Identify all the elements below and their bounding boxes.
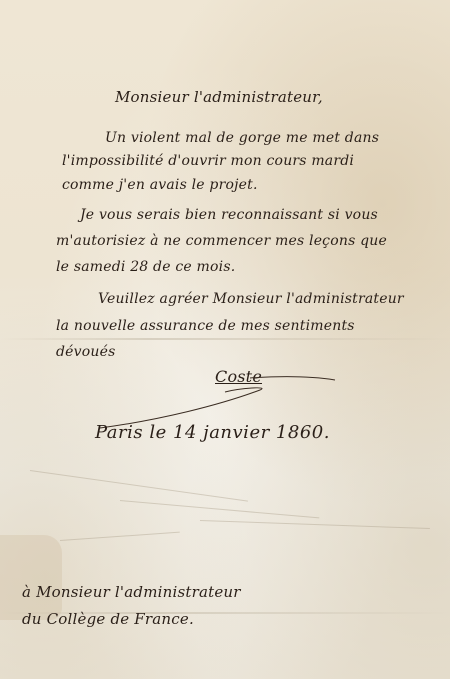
paper-crease bbox=[60, 532, 180, 541]
letter-dateline: Paris le 14 janvier 1860. bbox=[95, 422, 330, 443]
letter-salutation: Monsieur l'administrateur, bbox=[115, 88, 323, 106]
letter-body-line: la nouvelle assurance de mes sentiments bbox=[56, 318, 355, 334]
letter-body-line: comme j'en avais le projet. bbox=[62, 177, 258, 193]
letter-body-line: Veuillez agréer Monsieur l'administrateu… bbox=[98, 291, 404, 307]
letter-body-line: Je vous serais bien reconnaissant si vou… bbox=[80, 207, 378, 223]
address-line-recipient: à Monsieur l'administrateur bbox=[22, 583, 241, 601]
paper-fold-line bbox=[0, 338, 450, 340]
address-line-institution: du Collège de France. bbox=[22, 610, 194, 628]
signature-flourish-icon bbox=[100, 370, 340, 430]
paper-crease bbox=[120, 500, 319, 518]
paper-stain bbox=[0, 535, 62, 620]
paper-crease bbox=[30, 470, 248, 502]
letter-body-line: le samedi 28 de ce mois. bbox=[56, 259, 235, 275]
letter-body-line: Un violent mal de gorge me met dans bbox=[105, 130, 379, 146]
letter-body-line: m'autorisiez à ne commencer mes leçons q… bbox=[56, 233, 387, 249]
letter-body-line: l'impossibilité d'ouvrir mon cours mardi bbox=[62, 153, 354, 169]
letter-body-line: dévoués bbox=[56, 344, 115, 360]
paper-crease bbox=[200, 520, 430, 529]
